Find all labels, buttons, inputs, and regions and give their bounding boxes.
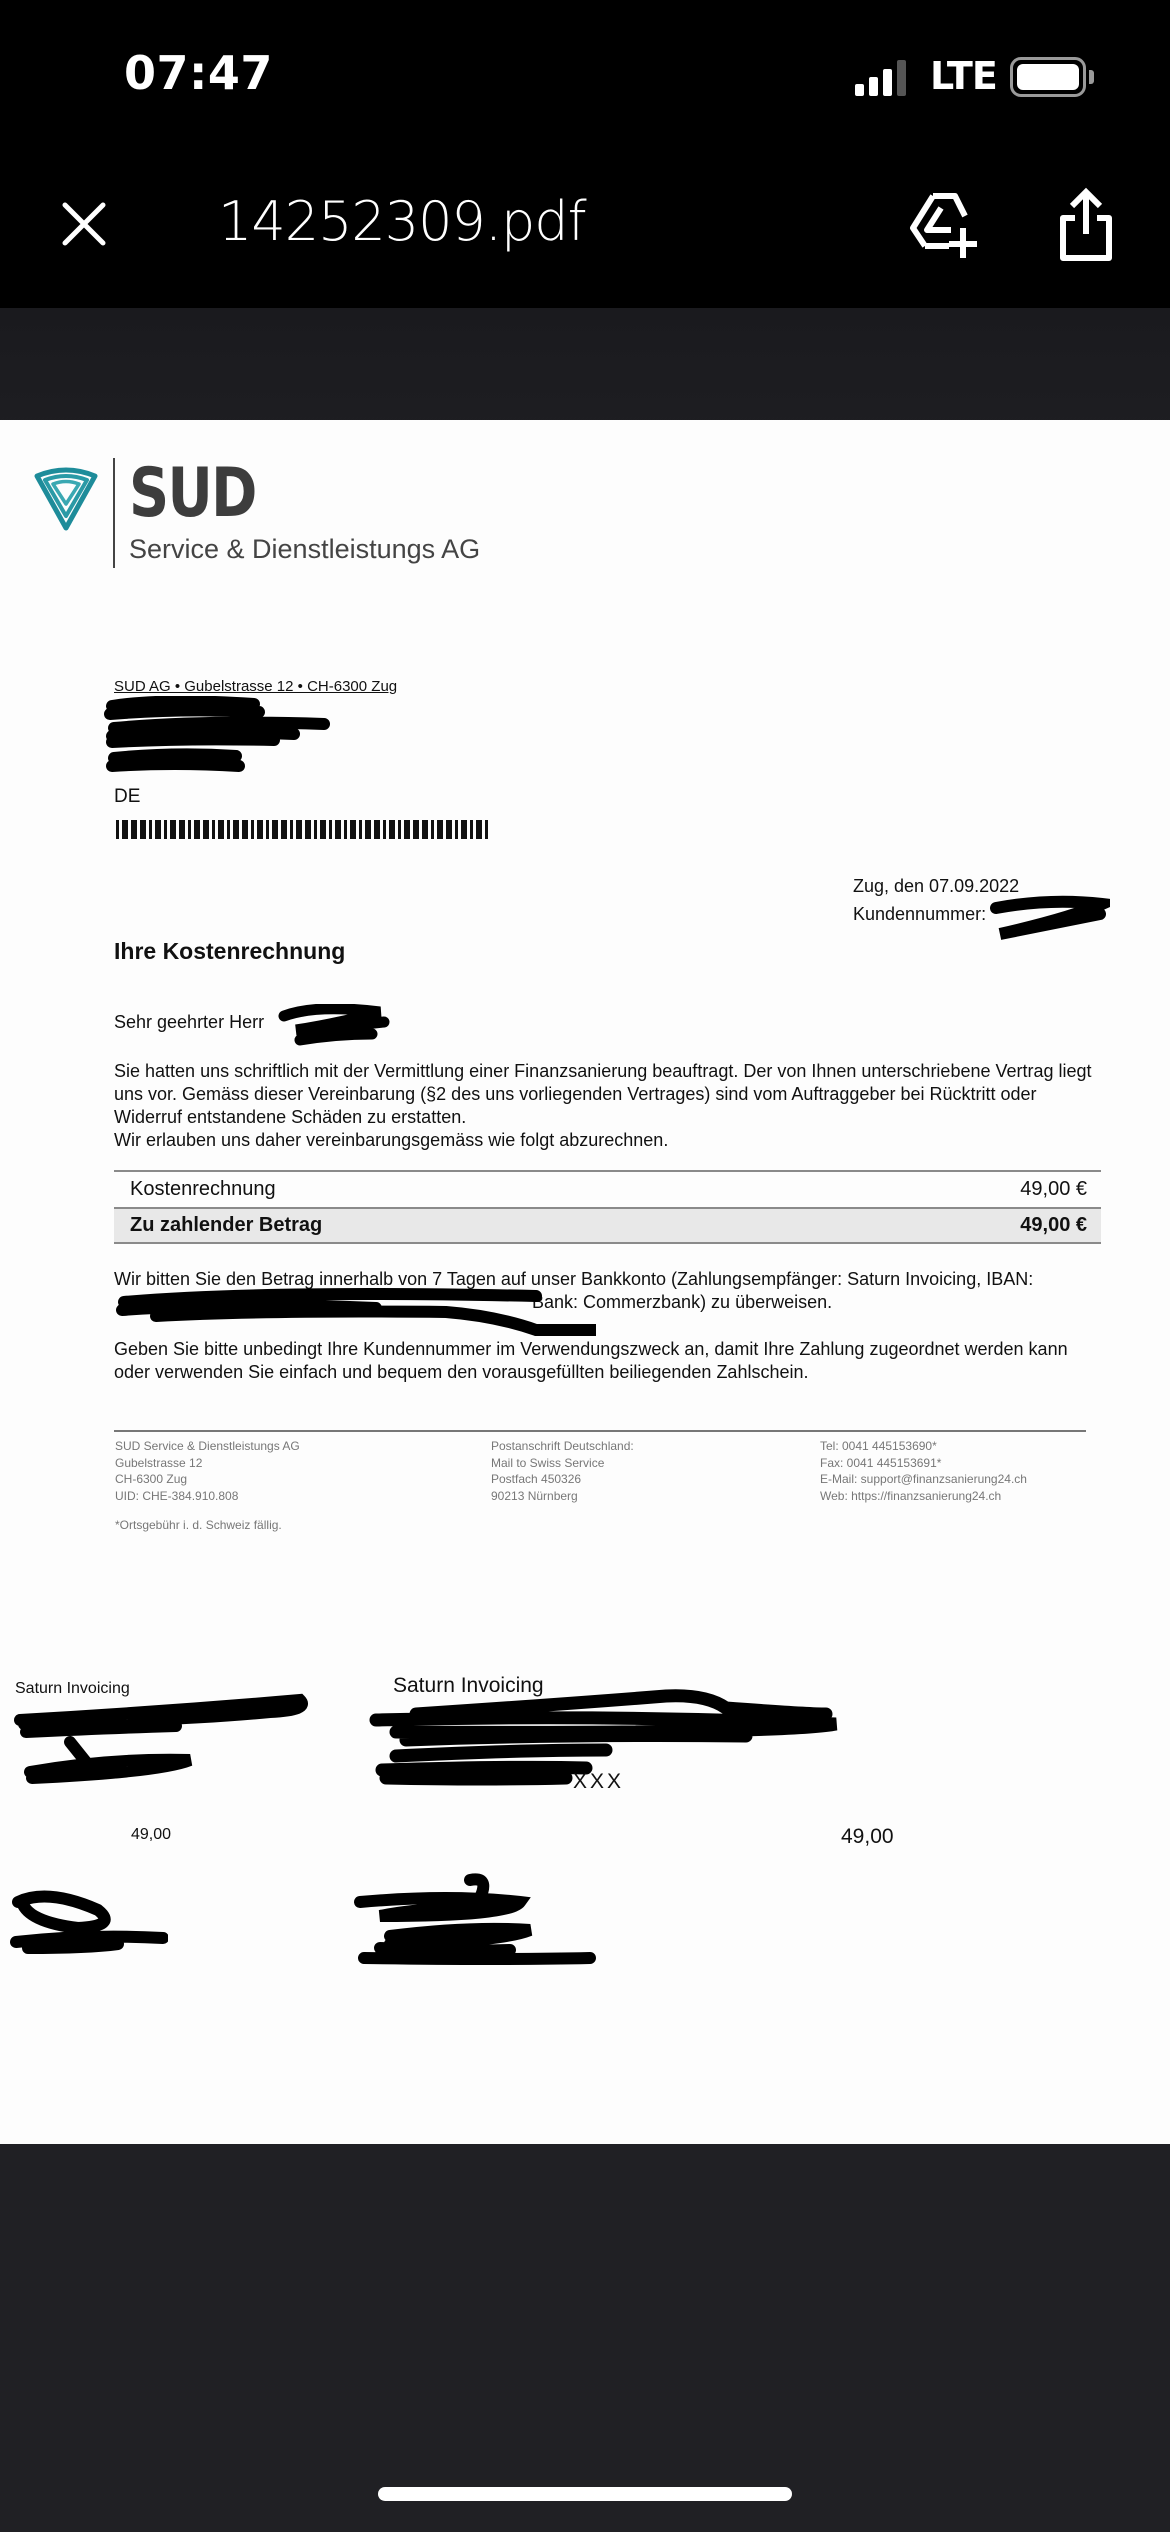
cost-amount: 49,00 € [1020,1178,1087,1201]
footer-line: Fax: 0041 445153691* [820,1455,1027,1472]
cost-table-row: Kostenrechnung49,00 € [114,1170,1101,1207]
footer-contact-info: Tel: 0041 445153690*Fax: 0041 445153691*… [820,1438,1027,1504]
logo-brand: SUD [129,454,256,533]
redaction-scribble [10,1690,310,1800]
footer-divider [114,1430,1086,1432]
markup-plus-icon [905,186,985,266]
signal-strength-icon [855,60,911,96]
sender-address-line: SUD AG • Gubelstrasse 12 • CH-6300 Zug [114,678,397,695]
footer-line: CH-6300 Zug [115,1471,300,1488]
network-type: LTE [930,54,997,98]
footer-line: Mail to Swiss Service [491,1455,634,1472]
redaction-scribble [8,1882,168,1956]
body-paragraph: Sie hatten uns schriftlich mit der Vermi… [114,1060,1104,1152]
pdf-page[interactable]: SUD Service & Dienstleistungs AG SUD AG … [0,420,1170,2144]
footer-line: SUD Service & Dienstleistungs AG [115,1438,300,1455]
footer-company-info: SUD Service & Dienstleistungs AGGubelstr… [115,1438,300,1504]
close-button[interactable] [52,192,116,256]
redaction-scribble [116,1286,596,1336]
battery-icon [1010,57,1086,97]
home-indicator[interactable] [378,2487,792,2501]
logo-subtitle: Service & Dienstleistungs AG [129,534,480,565]
status-time: 07:47 [124,46,273,100]
footer-line: E-Mail: support@finanzsanierung24.ch [820,1471,1027,1488]
markup-button[interactable] [905,186,985,266]
postal-barcode [116,820,488,839]
reference-instructions: Geben Sie bitte unbedingt Ihre Kundennum… [114,1338,1104,1384]
share-icon [1055,186,1117,266]
footer-line: Tel: 0041 445153690* [820,1438,1027,1455]
customer-number-label: Kundennummer: [853,904,986,924]
logo-divider [113,458,115,568]
footer-line: Web: https://finanzsanierung24.ch [820,1488,1027,1505]
footer-postal-address: Postanschrift Deutschland:Mail to Swiss … [491,1438,634,1504]
redaction-scribble [350,1872,600,1982]
footer-line: Postfach 450326 [491,1471,634,1488]
customer-number: Kundennummer: [853,904,986,925]
viewer-toolbar: 14252309.pdf [0,150,1170,308]
greeting: Sehr geehrter Herr [114,1012,264,1033]
recipient-country: DE [114,786,140,808]
slip-bic-tail: XXX [573,1770,624,1794]
cost-label: Kostenrechnung [130,1178,276,1201]
document-title: 14252309.pdf [218,190,586,253]
status-bar: 07:47 LTE [0,0,1170,150]
redaction-scribble [104,696,344,791]
slip-amount: 49,00 [841,1825,894,1849]
share-button[interactable] [1055,186,1117,266]
redaction-scribble [276,1004,396,1048]
shield-logo-icon [33,462,99,532]
cost-label: Zu zahlender Betrag [130,1214,322,1237]
company-logo: SUD Service & Dienstleistungs AG [33,456,503,586]
footer-line: Gubelstrasse 12 [115,1455,300,1472]
redaction-scribble [990,894,1110,944]
battery-cap [1089,70,1094,84]
footer-line: 90213 Nürnberg [491,1488,634,1505]
receipt-amount: 49,00 [131,1826,171,1844]
cost-amount: 49,00 € [1020,1214,1087,1237]
footer-note: *Ortsgebühr i. d. Schweiz fällig. [115,1518,282,1532]
cost-table-row: Zu zahlender Betrag49,00 € [114,1207,1101,1244]
close-icon [61,201,107,247]
footer-line: Postanschrift Deutschland: [491,1438,634,1455]
footer-line: UID: CHE-384.910.808 [115,1488,300,1505]
invoice-heading: Ihre Kostenrechnung [114,938,345,965]
cost-table: Kostenrechnung49,00 €Zu zahlender Betrag… [114,1170,1101,1244]
